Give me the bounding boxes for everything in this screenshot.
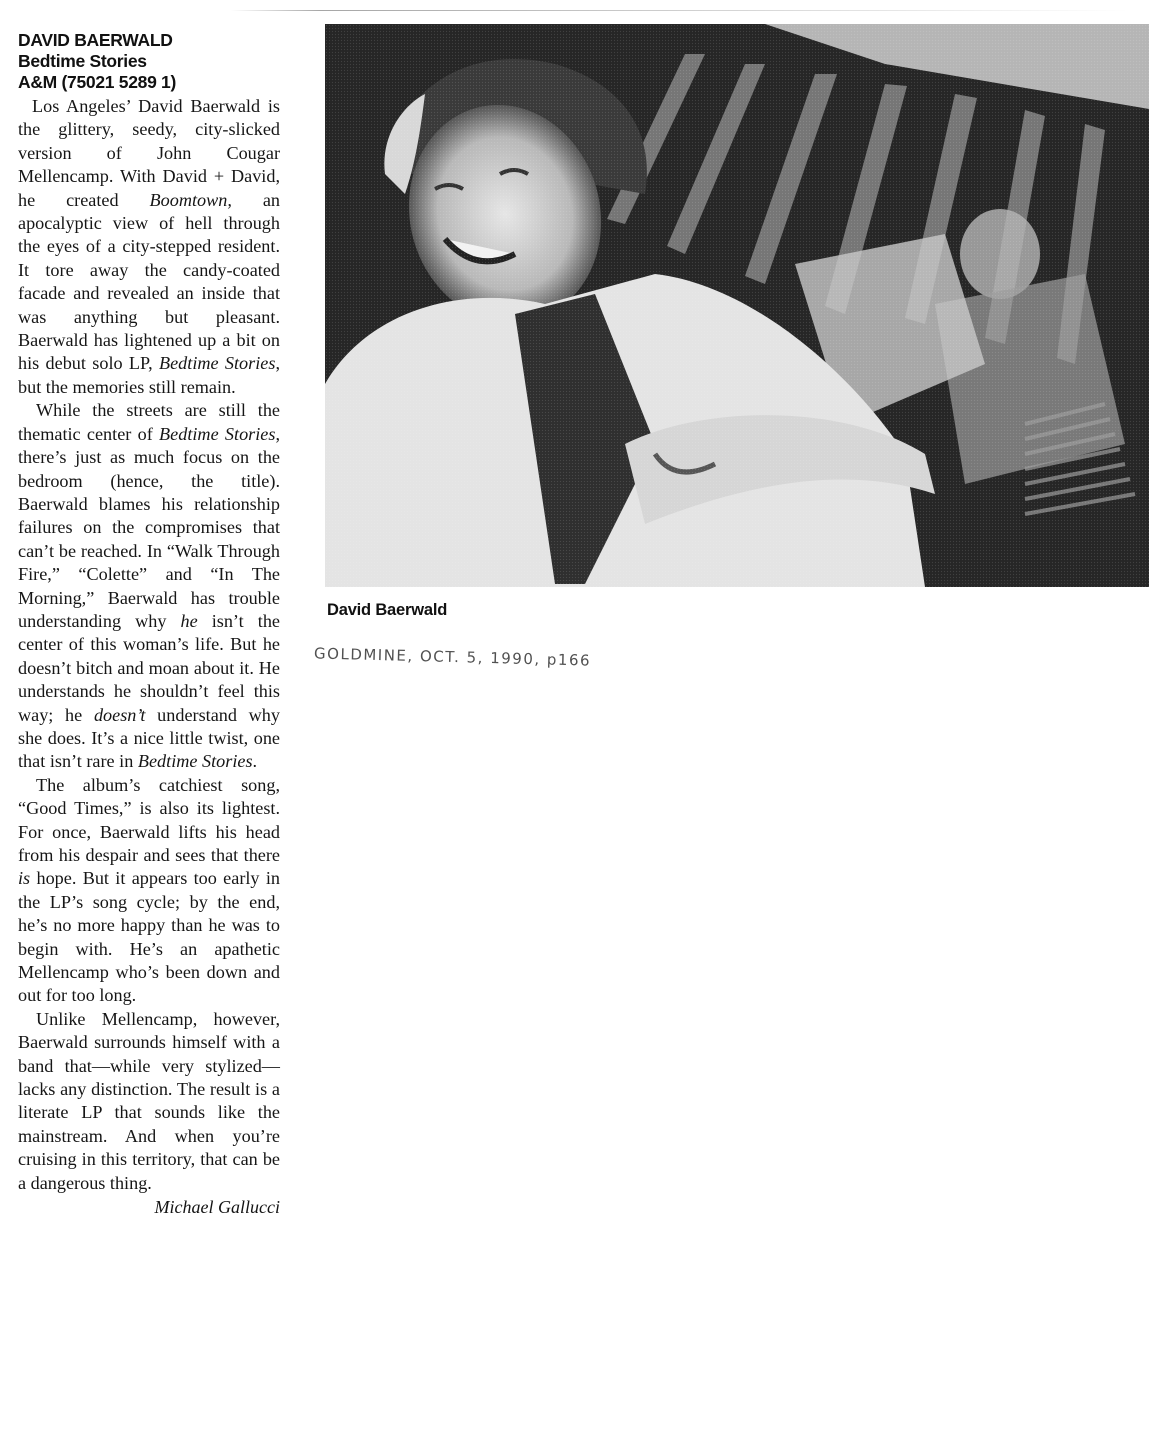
italic-title: doesn’t [94, 705, 146, 725]
review-paragraph: While the streets are still the thematic… [18, 399, 280, 774]
italic-title: Bedtime Stories [159, 424, 275, 444]
italic-title: Bedtime Stories [138, 751, 253, 771]
top-rule [230, 10, 1130, 11]
review-article: DAVID BAERWALD Bedtime Stories A&M (7502… [18, 30, 280, 1219]
italic-title: he [180, 611, 197, 631]
photo-caption: David Baerwald [327, 601, 447, 620]
label-catalog: A&M (75021 5289 1) [18, 72, 280, 93]
review-paragraph: Los Angeles’ David Baerwald is the glitt… [18, 95, 280, 399]
handwritten-source-note: GOLDMINE, OCT. 5, 1990, p166 [314, 644, 591, 669]
review-paragraph: The album’s catchiest song, “Good Times,… [18, 774, 280, 1008]
review-body: Los Angeles’ David Baerwald is the glitt… [18, 95, 280, 1195]
review-paragraph: Unlike Mellencamp, however, Baerwald sur… [18, 1008, 280, 1195]
byline: Michael Gallucci [18, 1196, 280, 1219]
photo-halftone-illustration [325, 24, 1149, 587]
italic-title: is [18, 868, 30, 888]
italic-title: Boomtown, [150, 190, 232, 210]
artist-photo [325, 24, 1149, 587]
album-title: Bedtime Stories [18, 51, 280, 72]
artist-name: DAVID BAERWALD [18, 30, 280, 51]
italic-title: Bedtime Stories [159, 353, 275, 373]
